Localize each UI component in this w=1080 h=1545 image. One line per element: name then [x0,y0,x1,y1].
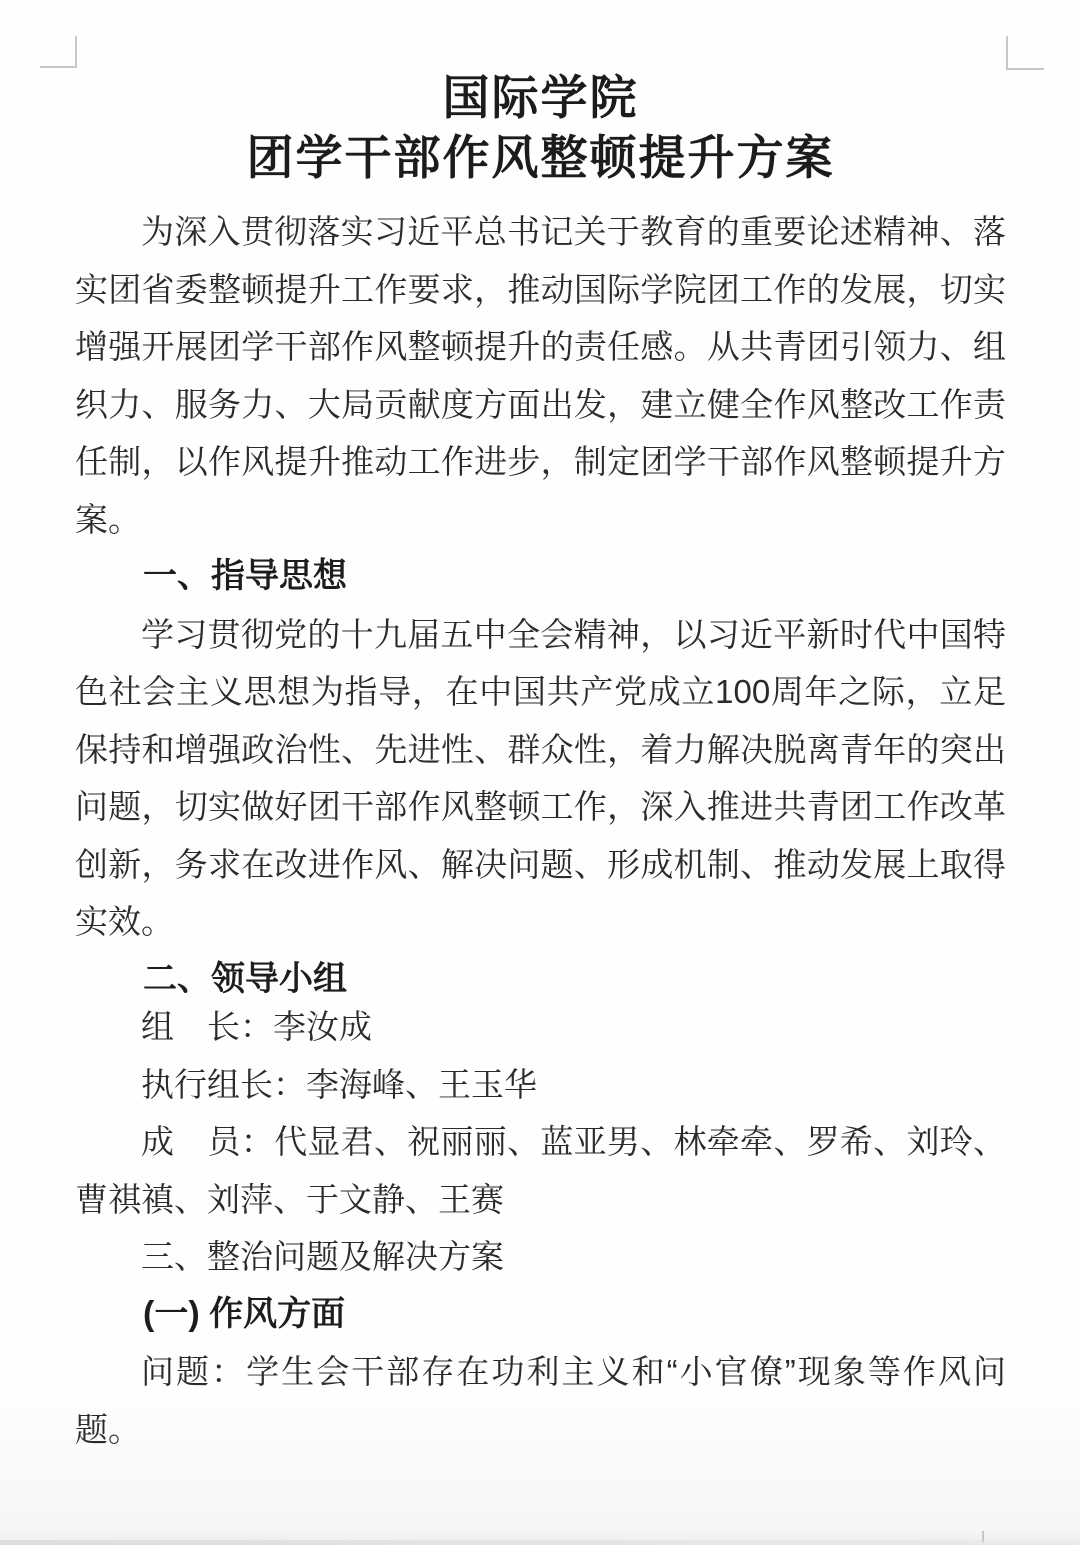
document-text-area: 国际学院 团学干部作风整顿提升方案 为深入贯彻落实习近平总书记关于教育的重要论述… [0,0,1080,1458]
sub1-paragraph: 问题：学生会干部存在功利主义和“小官僚”现象等作风问题。 [75,1343,1006,1458]
document-title-block: 国际学院 团学干部作风整顿提升方案 [75,0,1006,188]
sub1-heading: (一) 作风方面 [75,1286,1006,1344]
document-page: 国际学院 团学干部作风整顿提升方案 为深入贯彻落实习近平总书记关于教育的重要论述… [0,0,1080,1545]
section1-heading: 一、指导思想 [75,548,1006,606]
section3-heading: 三、整治问题及解决方案 [75,1228,1006,1286]
page-bottom-edge-shadow [0,1540,1080,1545]
section1-paragraph: 学习贯彻党的十九届五中全会精神，以习近平新时代中国特色社会主义思想为指导，在中国… [75,606,1006,951]
intro-paragraph: 为深入贯彻落实习近平总书记关于教育的重要论述精神、落实团省委整顿提升工作要求，推… [75,203,1006,548]
exec-leader-line: 执行组长：李海峰、王玉华 [75,1056,1006,1114]
members-line: 成 员：代显君、祝丽丽、蓝亚男、林牵牵、罗希、刘玲、曹祺禛、刘萍、于文静、王赛 [75,1113,1006,1228]
doc-title-line1: 国际学院 [75,68,1006,128]
doc-title-line2: 团学干部作风整顿提升方案 [75,128,1006,188]
leader-line: 组 长：李汝成 [75,998,1006,1056]
